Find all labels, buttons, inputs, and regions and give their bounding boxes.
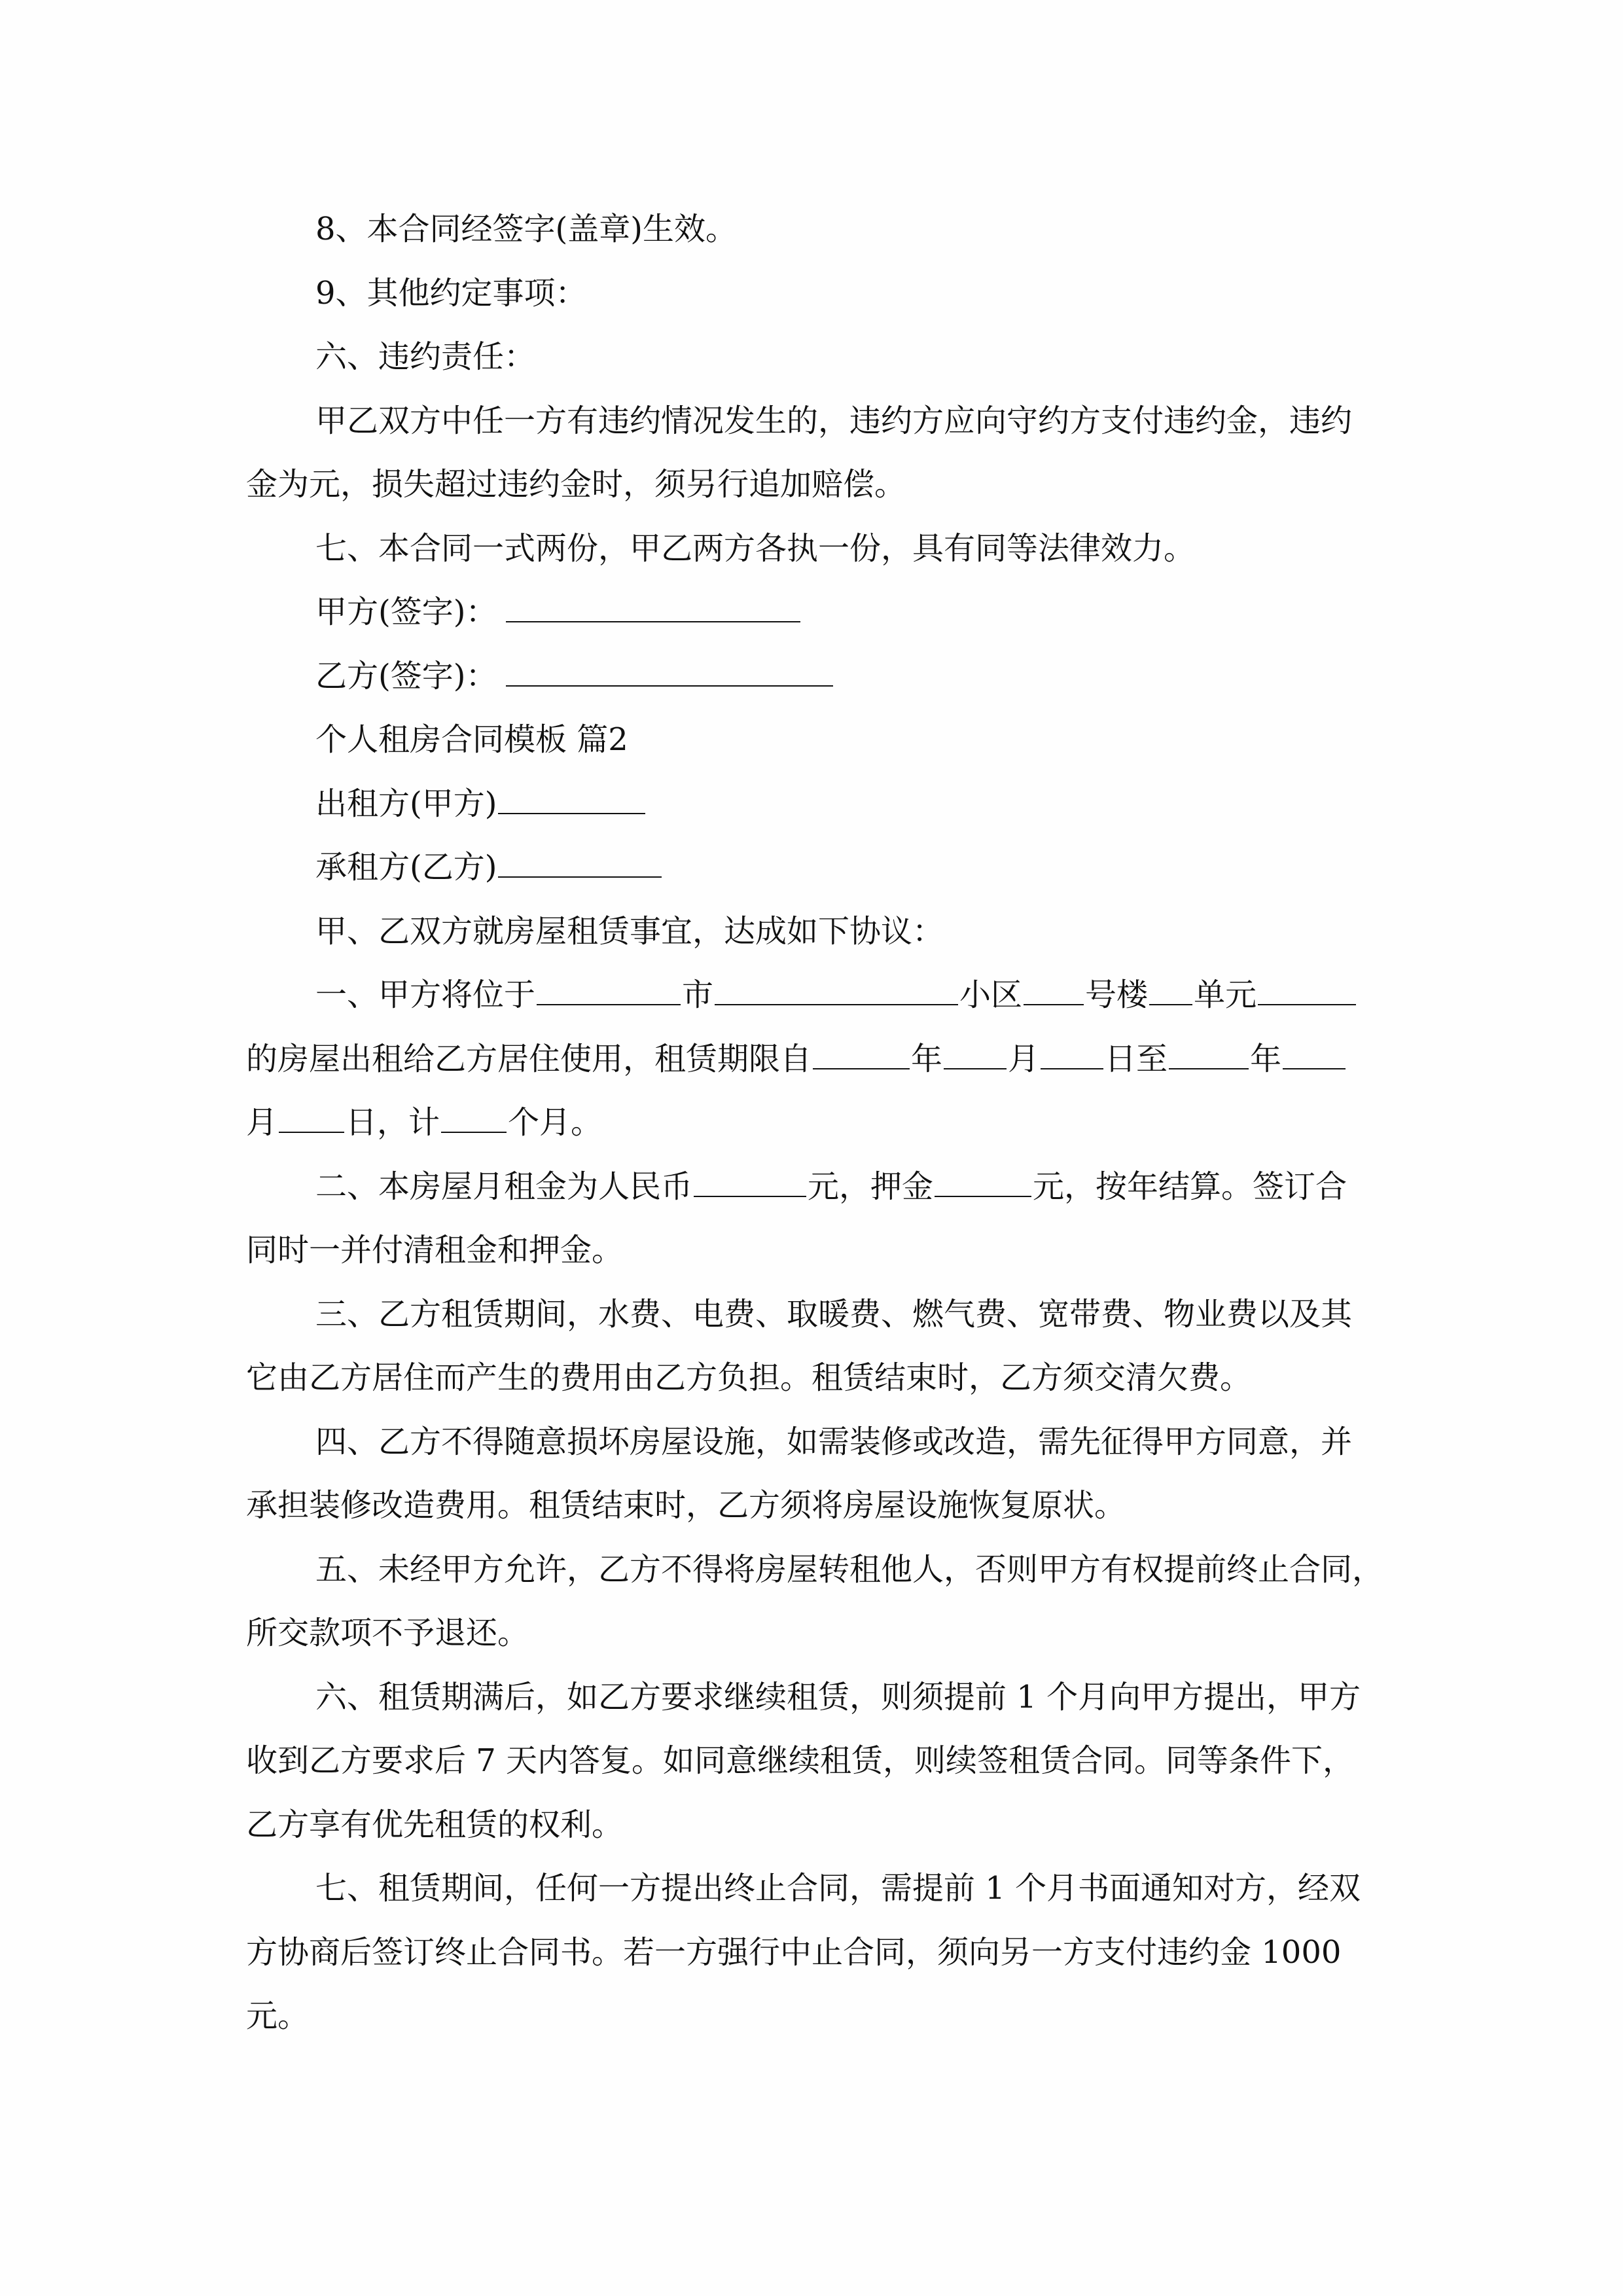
- text: 它由乙方居住而产生的费用由乙方负担。租赁结束时，乙方须交清欠费。: [246, 1359, 1251, 1396]
- clause-5-line-1: 五、未经甲方允许，乙方不得将房屋转租他人，否则甲方有权提前终止合同，: [246, 1538, 1378, 1602]
- deposit-field[interactable]: [935, 1170, 1031, 1197]
- lessee-line: 承租方(乙方): [246, 836, 1378, 900]
- clause-1-line-2: 的房屋出租给乙方居住使用，租赁期限自年月日至年: [246, 1028, 1378, 1092]
- text: 元，按年结算。签订合: [1033, 1168, 1347, 1205]
- section-7-copies: 七、本合同一式两份，甲乙两方各执一份，具有同等法律效力。: [246, 517, 1378, 581]
- clause-8-effectiveness: 8、本合同经签字(盖章)生效。: [246, 198, 1378, 262]
- end-month-field[interactable]: [1283, 1042, 1346, 1069]
- party-a-signature-line: 甲方(签字)：: [246, 581, 1378, 645]
- text: 号楼: [1085, 977, 1148, 1013]
- end-year-field[interactable]: [1169, 1042, 1249, 1069]
- lessor-name-field[interactable]: [498, 787, 645, 814]
- clause-3-line-2: 它由乙方居住而产生的费用由乙方负担。租赁结束时，乙方须交清欠费。: [246, 1346, 1378, 1410]
- text: 元，押金: [808, 1168, 933, 1205]
- breach-paragraph-line-1: 甲乙双方中任一方有违约情况发生的，违约方应向守约方支付违约金，违约: [246, 389, 1378, 454]
- heading: 个人租房合同模板 篇2: [315, 721, 628, 758]
- clause-6-line-1: 六、租赁期满后，如乙方要求继续租赁，则须提前 1 个月向甲方提出，甲方: [246, 1666, 1378, 1730]
- party-b-signature-line: 乙方(签字)：: [246, 645, 1378, 709]
- label: 甲方(签字)：: [315, 594, 497, 630]
- label: 出租方(甲方): [315, 785, 497, 822]
- city-field[interactable]: [537, 978, 681, 1005]
- text: 方协商后签订终止合同书。若一方强行中止合同，须向另一方支付违约金 1000: [246, 1934, 1341, 1971]
- text: 9、其他约定事项：: [315, 275, 587, 312]
- text: 四、乙方不得随意损坏房屋设施，如需装修或改造，需先征得甲方同意，并: [315, 1424, 1352, 1460]
- clause-5-line-2: 所交款项不予退还。: [246, 1602, 1378, 1666]
- text: 市: [682, 977, 713, 1013]
- section-6-heading-breach: 六、违约责任：: [246, 325, 1378, 389]
- text: 七、租赁期间，任何一方提出终止合同，需提前 1 个月书面通知对方，经双: [315, 1870, 1361, 1907]
- clause-7-line-3: 元。: [246, 1984, 1378, 2049]
- clause-1-line-3: 月日，计个月。: [246, 1091, 1378, 1155]
- text: 的房屋出租给乙方居住使用，租赁期限自: [246, 1041, 811, 1077]
- agreement-intro: 甲、乙双方就房屋租赁事宜，达成如下协议：: [246, 900, 1378, 964]
- start-year-field[interactable]: [813, 1042, 910, 1069]
- text: 甲、乙双方就房屋租赁事宜，达成如下协议：: [315, 913, 944, 950]
- text: 单元: [1194, 977, 1257, 1013]
- start-day-field[interactable]: [1041, 1042, 1103, 1069]
- clause-6-line-3: 乙方享有优先租赁的权利。: [246, 1793, 1378, 1857]
- text: 六、违约责任：: [315, 338, 535, 375]
- text: 所交款项不予退还。: [246, 1615, 529, 1651]
- lessor-line: 出租方(甲方): [246, 772, 1378, 836]
- document-page: 8、本合同经签字(盖章)生效。 9、其他约定事项： 六、违约责任： 甲乙双方中任…: [0, 0, 1623, 2296]
- text: 金为元，损失超过违约金时，须另行追加赔偿。: [246, 466, 906, 503]
- text: 个月。: [508, 1104, 602, 1141]
- room-number-field[interactable]: [1258, 978, 1356, 1005]
- text: 元。: [246, 1998, 309, 2034]
- clause-2-line-2: 同时一并付清租金和押金。: [246, 1219, 1378, 1283]
- party-b-signature-field[interactable]: [506, 659, 833, 687]
- label: 承租方(乙方): [315, 849, 497, 886]
- clause-3-line-1: 三、乙方租赁期间，水费、电费、取暖费、燃气费、宽带费、物业费以及其: [246, 1283, 1378, 1347]
- clause-7-line-1: 七、租赁期间，任何一方提出终止合同，需提前 1 个月书面通知对方，经双: [246, 1857, 1378, 1921]
- clause-4-line-2: 承担装修改造费用。租赁结束时，乙方须将房屋设施恢复原状。: [246, 1474, 1378, 1538]
- text: 8、本合同经签字(盖章)生效。: [315, 211, 737, 247]
- clause-6-line-2: 收到乙方要求后 7 天内答复。如同意继续租赁，则续签租赁合同。同等条件下，: [246, 1729, 1378, 1793]
- clause-7-line-2: 方协商后签订终止合同书。若一方强行中止合同，须向另一方支付违约金 1000: [246, 1921, 1378, 1985]
- document-body: 8、本合同经签字(盖章)生效。 9、其他约定事项： 六、违约责任： 甲乙双方中任…: [246, 198, 1378, 2049]
- start-month-field[interactable]: [944, 1042, 1007, 1069]
- text: 五、未经甲方允许，乙方不得将房屋转租他人，否则甲方有权提前终止合同，: [315, 1551, 1383, 1588]
- party-a-signature-field[interactable]: [506, 595, 800, 622]
- text: 收到乙方要求后 7 天内答复。如同意继续租赁，则续签租赁合同。同等条件下，: [246, 1742, 1354, 1779]
- total-months-field[interactable]: [441, 1105, 507, 1133]
- text: 月: [246, 1104, 277, 1141]
- clause-9-other-terms: 9、其他约定事项：: [246, 262, 1378, 326]
- text: 承担装修改造费用。租赁结束时，乙方须将房屋设施恢复原状。: [246, 1487, 1126, 1524]
- text: 月: [1008, 1041, 1039, 1077]
- end-day-field[interactable]: [279, 1105, 344, 1133]
- text: 年: [911, 1041, 942, 1077]
- clause-2-line-1: 二、本房屋月租金为人民币元，押金元，按年结算。签订合: [246, 1155, 1378, 1219]
- text: 小区: [959, 977, 1022, 1013]
- template-2-title: 个人租房合同模板 篇2: [246, 708, 1378, 772]
- text: 六、租赁期满后，如乙方要求继续租赁，则须提前 1 个月向甲方提出，甲方: [315, 1679, 1361, 1715]
- clause-4-line-1: 四、乙方不得随意损坏房屋设施，如需装修或改造，需先征得甲方同意，并: [246, 1410, 1378, 1475]
- text: 二、本房屋月租金为人民币: [315, 1168, 692, 1205]
- label: 乙方(签字)：: [315, 658, 497, 694]
- text: 甲乙双方中任一方有违约情况发生的，违约方应向守约方支付违约金，违约: [315, 403, 1352, 439]
- text: 日，计: [346, 1104, 440, 1141]
- community-field[interactable]: [715, 978, 958, 1005]
- text: 一、甲方将位于: [315, 977, 535, 1013]
- unit-number-field[interactable]: [1149, 978, 1192, 1005]
- text: 日至: [1105, 1041, 1168, 1077]
- clause-1-line-1: 一、甲方将位于市小区号楼单元: [246, 963, 1378, 1028]
- breach-paragraph-line-2: 金为元，损失超过违约金时，须另行追加赔偿。: [246, 453, 1378, 517]
- text: 七、本合同一式两份，甲乙两方各执一份，具有同等法律效力。: [315, 530, 1195, 567]
- text: 同时一并付清租金和押金。: [246, 1232, 623, 1268]
- lessee-name-field[interactable]: [498, 850, 662, 878]
- text: 年: [1250, 1041, 1281, 1077]
- monthly-rent-field[interactable]: [694, 1170, 806, 1197]
- text: 乙方享有优先租赁的权利。: [246, 1806, 623, 1843]
- building-number-field[interactable]: [1024, 978, 1084, 1005]
- text: 三、乙方租赁期间，水费、电费、取暖费、燃气费、宽带费、物业费以及其: [315, 1296, 1352, 1333]
